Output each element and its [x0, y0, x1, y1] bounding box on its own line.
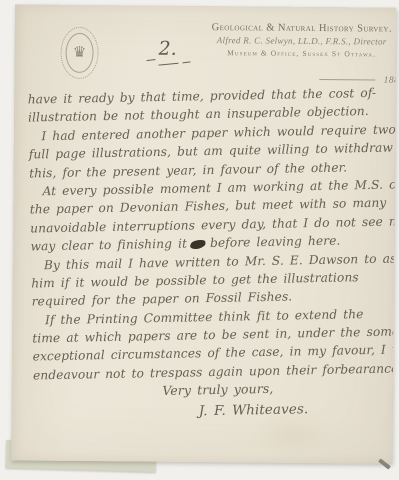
crossed-out-word — [191, 240, 207, 250]
pen-underline — [158, 63, 178, 66]
crown-icon: ♛ — [61, 43, 99, 61]
line-text: before leaving here. — [210, 234, 341, 251]
page-number: 2. — [145, 37, 191, 59]
letterhead-address: Museum & Office, Sussex St Ottawa. — [203, 48, 396, 59]
pen-dash — [182, 61, 190, 63]
letterhead-director-line: Alfred R. C. Selwyn, LL.D., F.R.S., Dire… — [203, 35, 396, 47]
date-blank-rule — [320, 79, 376, 80]
letter-paper: ♛ 2. Geological & Natural History Survey… — [11, 4, 396, 463]
line-text: way clear to finishing it — [30, 237, 187, 254]
letter-body: have it ready by that time, provided tha… — [28, 84, 390, 425]
scanned-letter-page: { "document": { "page_number": "2.", "le… — [0, 0, 399, 480]
pen-dash — [146, 59, 155, 61]
letterhead: Geological & Natural History Survey. Alf… — [203, 22, 396, 59]
date-year-prefix: 188 — [384, 76, 396, 86]
letterhead-organization: Geological & Natural History Survey. — [203, 22, 396, 35]
page-number-value: 2. — [158, 38, 176, 60]
embossed-crown-seal: ♛ — [60, 27, 98, 79]
